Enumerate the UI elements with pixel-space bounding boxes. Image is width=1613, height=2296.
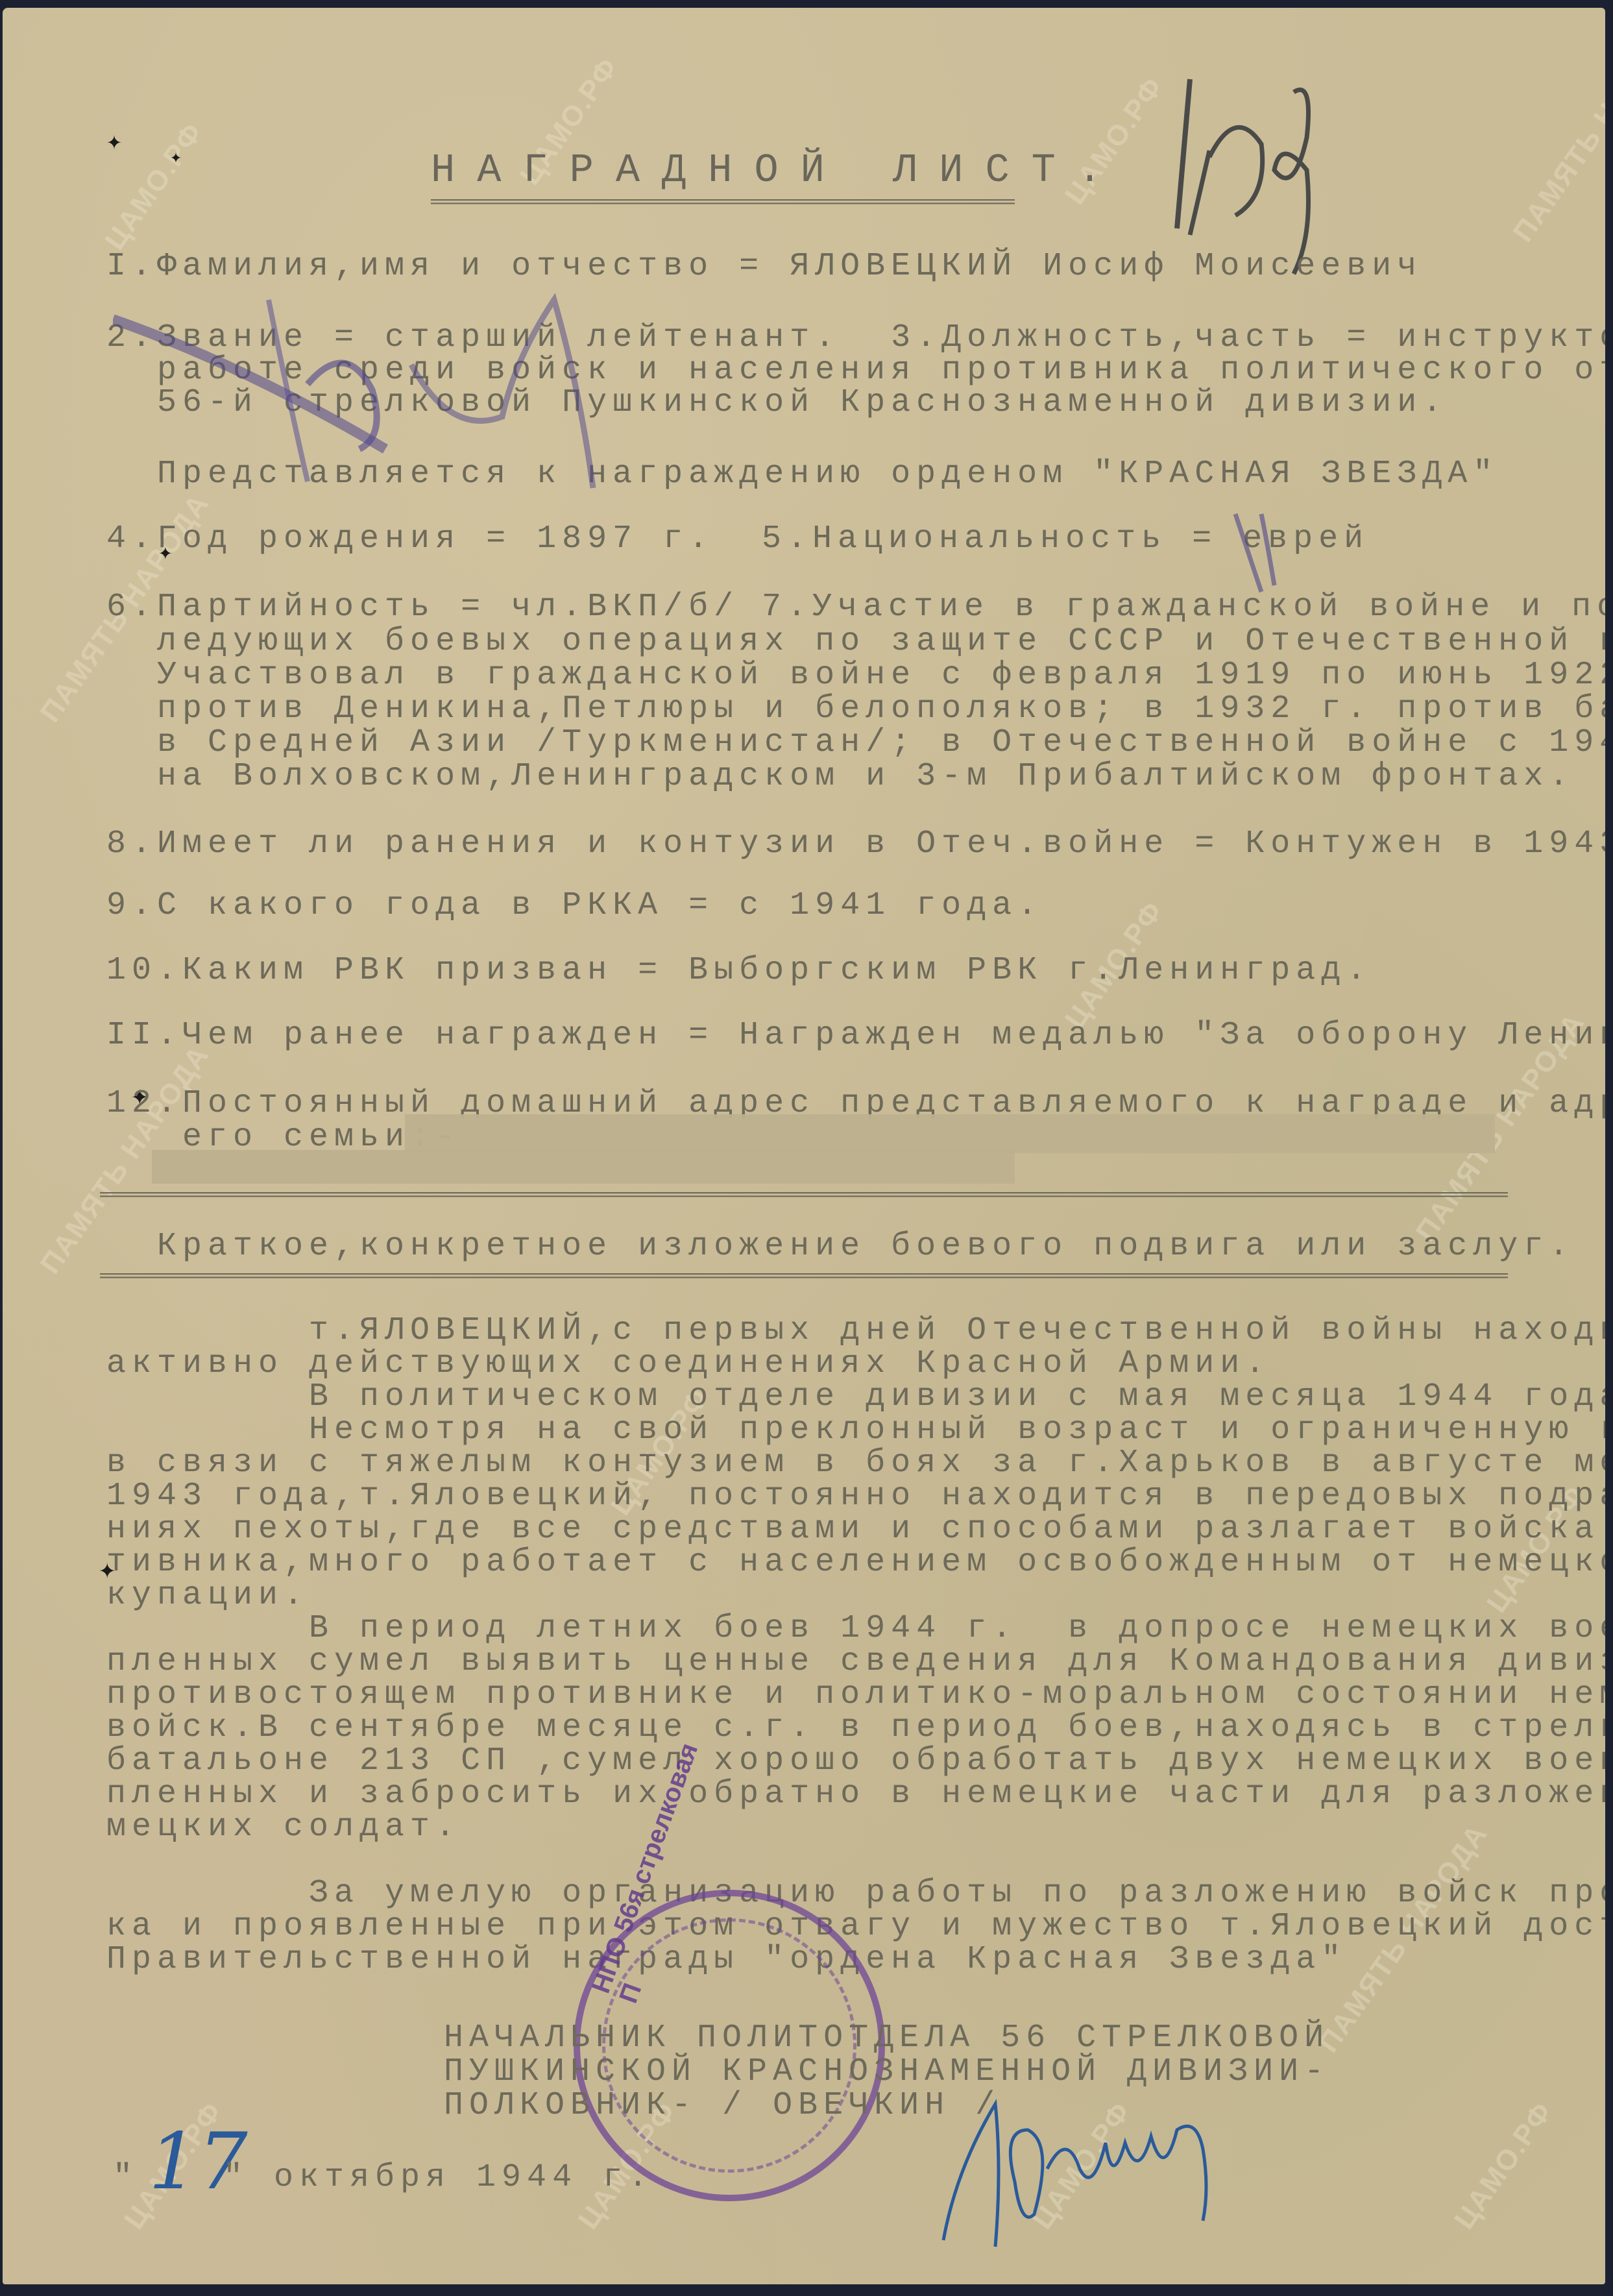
narrative-line: т.ЯЛОВЕЦКИЙ,с первых дней Отечественной … bbox=[106, 1312, 1605, 1349]
narrative-line: пленных сумел выявить ценные сведения дл… bbox=[106, 1643, 1605, 1680]
section-divider: ════════════════════════════════════════… bbox=[100, 1189, 1508, 1203]
field-position-line: работе среди войск и населения противник… bbox=[106, 352, 1605, 389]
field-civil-war-line: на Волховском,Ленинградском и 3-м Прибал… bbox=[106, 758, 1574, 795]
watermark: ЦАМО.РФ bbox=[1026, 2096, 1137, 2236]
field-nationality: 5.Национальность = еврей bbox=[762, 520, 1369, 557]
signature-title: ПУШКИНСКОЙ КРАСНОЗНАМЕННОЙ ДИВИЗИИ- bbox=[444, 2053, 1329, 2090]
punch-hole-icon: ✦ bbox=[106, 126, 122, 158]
narrative-line: пленных и забросить их обратно в немецки… bbox=[106, 1776, 1605, 1813]
field-civil-war-line: против Деникина,Петлюры и белополяков; в… bbox=[106, 690, 1605, 727]
narrative-line: За умелую организацию работы по разложен… bbox=[106, 1875, 1605, 1912]
nomination-line: Представляется к награждению орденом "КР… bbox=[106, 456, 1498, 493]
document-title: НАГРАДНОЙ ЛИСТ. bbox=[431, 147, 1124, 193]
field-conscription-office: 10.Каким РВК призван = Выборгским РВК г.… bbox=[106, 952, 1372, 989]
narrative-line: в связи с тяжелым контузием в боях за г.… bbox=[106, 1445, 1605, 1482]
narrative-line: ниях пехоты,где все средствами и способа… bbox=[106, 1511, 1605, 1548]
watermark: ЦАМО.РФ bbox=[1448, 2096, 1559, 2236]
watermark: ПАМЯТЬ НАРОДА bbox=[1507, 8, 1605, 248]
section-heading: Краткое,конкретное изложение боевого под… bbox=[106, 1228, 1574, 1265]
narrative-line: 1943 года,т.Яловецкий, постоянно находит… bbox=[106, 1478, 1605, 1515]
narrative-line: Несмотря на свой преклонный возраст и ог… bbox=[106, 1411, 1605, 1448]
narrative-line: купации. bbox=[106, 1577, 309, 1614]
field-civil-war-line: ледующих боевых операциях по защите СССР… bbox=[106, 623, 1605, 660]
punch-hole-icon: ✦ bbox=[170, 145, 182, 169]
field-full-name: I.Фамилия,имя и отчество = ЯЛОВЕЦКИЙ Иос… bbox=[106, 248, 1422, 285]
date-text: " октября 1944 г. bbox=[223, 2159, 653, 2196]
narrative-line: активно действующих соединениях Красной … bbox=[106, 1345, 1270, 1382]
field-position-line: 56-й стрелковой Пушкинской Краснознаменн… bbox=[106, 384, 1448, 421]
signature-name: ПОЛКОВНИК- / ОВЕЧКИН / bbox=[444, 2087, 1001, 2124]
field-civil-war: 7.Участие в гражданской войне и пос- bbox=[762, 589, 1605, 626]
narrative-line: батальоне 213 СП ,сумел хорошо обработат… bbox=[106, 1742, 1605, 1779]
narrative-line: противостоящем противнике и политико-мор… bbox=[106, 1676, 1605, 1713]
date-quote: " bbox=[113, 2159, 138, 2196]
signature-title: НАЧАЛЬНИК ПОЛИТОТДЕЛА 56 СТРЕЛКОВОЙ bbox=[444, 2020, 1329, 2057]
narrative-line: ка и проявленные при этом отвагу и мужес… bbox=[106, 1908, 1605, 1945]
title-underline: ════════════════════════════════════════… bbox=[431, 196, 1015, 210]
narrative-line: войск.В сентябре месяце с.г. в период бо… bbox=[106, 1709, 1605, 1746]
field-rkka-since: 9.С какого года в РККА = с 1941 года. bbox=[106, 887, 1043, 924]
narrative-line: В политическом отделе дивизии с мая меся… bbox=[106, 1378, 1605, 1415]
section-divider: ════════════════════════════════════════… bbox=[100, 1270, 1508, 1284]
field-civil-war-line: Участвовал в гражданской войне с февраля… bbox=[106, 657, 1605, 694]
narrative-line: мецких солдат. bbox=[106, 1809, 461, 1846]
field-civil-war-line: в Средней Азии /Туркменистан/; в Отечест… bbox=[106, 724, 1605, 761]
field-wounds: 8.Имеет ли ранения и контузии в Отеч.вой… bbox=[106, 825, 1605, 862]
field-rank-position: 2.Звание = старший лейтенант. 3.Должност… bbox=[106, 319, 1605, 356]
redacted-address bbox=[152, 1150, 1015, 1184]
field-party: 6.Партийность = чл.ВКП/б/ bbox=[106, 589, 739, 626]
award-sheet: ЦАМО.РФ ЦАМО.РФ ЦАМО.РФ ПАМЯТЬ НАРОДА ПА… bbox=[3, 8, 1605, 2284]
narrative-line: тивника,много работает с населением осво… bbox=[106, 1544, 1605, 1581]
field-birth-year: 4.Год рождения = 1897 г. bbox=[106, 520, 714, 557]
narrative-line: В период летних боев 1944 г. в допросе н… bbox=[106, 1610, 1605, 1647]
redacted-address bbox=[405, 1114, 1495, 1153]
field-previous-awards: II.Чем ранее награжден = Награжден медал… bbox=[106, 1017, 1605, 1054]
